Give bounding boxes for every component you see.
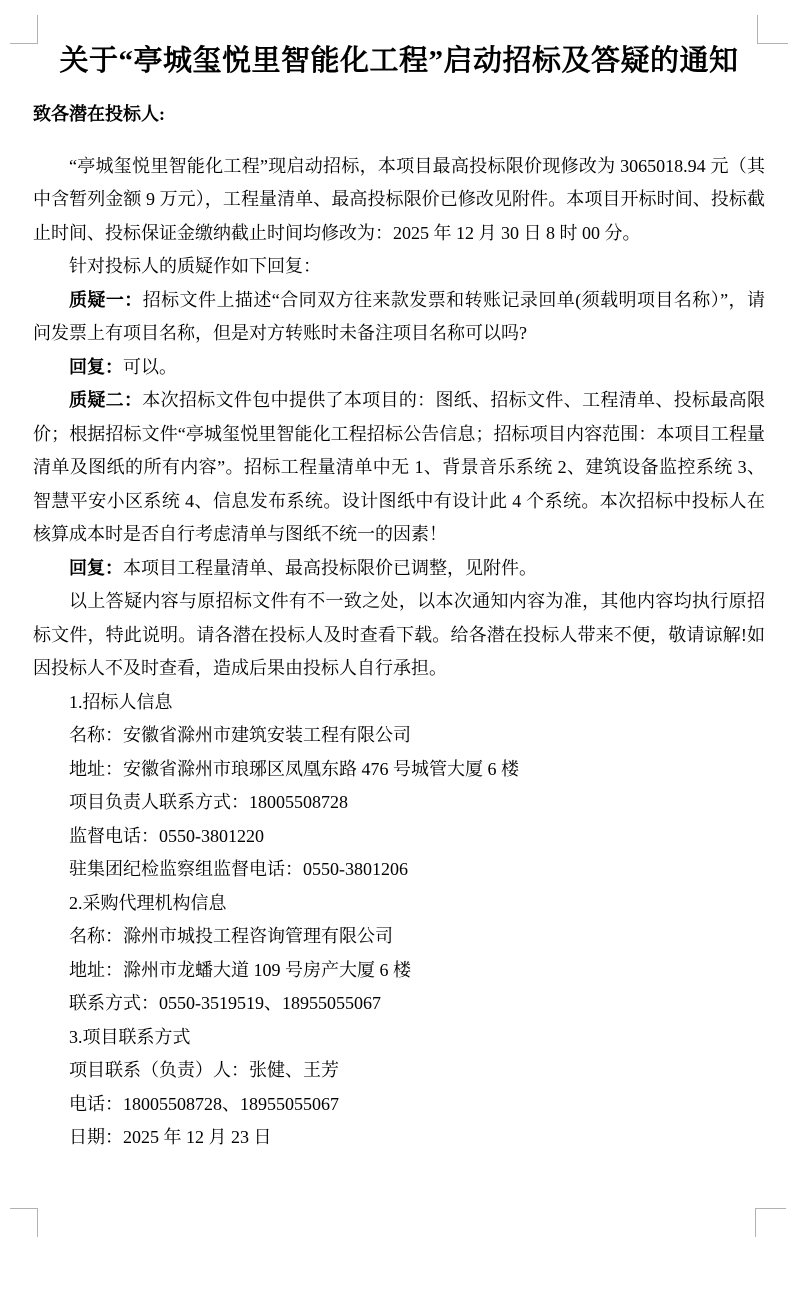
paragraph-text: 地址：滁州市龙蟠大道 109 号房产大厦 6 楼 <box>69 960 411 980</box>
paragraph-lead: 回复： <box>69 357 123 377</box>
paragraph-lead: 质疑一： <box>69 290 143 310</box>
paragraph-text: 可以。 <box>123 357 177 377</box>
paragraph-text: 招标文件上描述“合同双方往来款发票和转账记录回单(须载明项目名称）”，请问发票上… <box>33 290 765 344</box>
paragraph-text: 本项目工程量清单、最高投标限价已调整，见附件。 <box>123 558 537 578</box>
paragraph-text: 针对投标人的质疑作如下回复： <box>69 256 321 276</box>
page-margin-mark-bottom-left <box>10 1208 38 1237</box>
paragraph: 项目负责人联系方式：18005508728 <box>33 786 765 820</box>
salutation: 致各潜在投标人: <box>33 98 765 132</box>
paragraph: 1.招标人信息 <box>33 686 765 720</box>
paragraph: 电话：18005508728、18955055067 <box>33 1088 765 1122</box>
document-title: 关于“亭城玺悦里智能化工程”启动招标及答疑的通知 <box>33 38 765 84</box>
paragraph-text: 以上答疑内容与原招标文件有不一致之处，以本次通知内容为准，其他内容均执行原招标文… <box>33 591 765 678</box>
paragraph-lead: 质疑二： <box>69 390 142 410</box>
paragraph-text: 驻集团纪检监察组监督电话：0550-3801206 <box>69 859 408 879</box>
paragraph-text: 3.项目联系方式 <box>69 1027 191 1047</box>
document-body: “亭城玺悦里智能化工程”现启动招标，本项目最高投标限价现修改为 3065018.… <box>33 150 765 1155</box>
paragraph: 监督电话：0550-3801220 <box>33 820 765 854</box>
paragraph-text: 项目负责人联系方式：18005508728 <box>69 792 348 812</box>
paragraph: 地址：滁州市龙蟠大道 109 号房产大厦 6 楼 <box>33 954 765 988</box>
paragraph: 3.项目联系方式 <box>33 1021 765 1055</box>
paragraph-text: 名称：滁州市城投工程咨询管理有限公司 <box>69 926 393 946</box>
paragraph-text: 本次招标文件包中提供了本项目的：图纸、招标文件、工程清单、投标最高限价；根据招标… <box>33 390 765 544</box>
paragraph: 联系方式：0550-3519519、18955055067 <box>33 987 765 1021</box>
paragraph: 以上答疑内容与原招标文件有不一致之处，以本次通知内容为准，其他内容均执行原招标文… <box>33 585 765 686</box>
document-page: 关于“亭城玺悦里智能化工程”启动招标及答疑的通知 致各潜在投标人: “亭城玺悦里… <box>33 0 765 1155</box>
paragraph-text: “亭城玺悦里智能化工程”现启动招标，本项目最高投标限价现修改为 3065018.… <box>33 156 765 243</box>
paragraph-text: 日期：2025 年 12 月 23 日 <box>69 1127 272 1147</box>
paragraph: 地址：安徽省滁州市琅琊区凤凰东路 476 号城管大厦 6 楼 <box>33 753 765 787</box>
paragraph: 驻集团纪检监察组监督电话：0550-3801206 <box>33 853 765 887</box>
paragraph: 回复：可以。 <box>33 351 765 385</box>
paragraph: 名称：安徽省滁州市建筑安装工程有限公司 <box>33 719 765 753</box>
paragraph-text: 监督电话：0550-3801220 <box>69 826 264 846</box>
paragraph-text: 名称：安徽省滁州市建筑安装工程有限公司 <box>69 725 411 745</box>
paragraph: 质疑一：招标文件上描述“合同双方往来款发票和转账记录回单(须载明项目名称）”，请… <box>33 284 765 351</box>
paragraph: 项目联系（负责）人：张健、王芳 <box>33 1054 765 1088</box>
paragraph: 2.采购代理机构信息 <box>33 887 765 921</box>
paragraph: 针对投标人的质疑作如下回复： <box>33 250 765 284</box>
paragraph: 回复：本项目工程量清单、最高投标限价已调整，见附件。 <box>33 552 765 586</box>
paragraph: 名称：滁州市城投工程咨询管理有限公司 <box>33 920 765 954</box>
paragraph-text: 项目联系（负责）人：张健、王芳 <box>69 1060 339 1080</box>
paragraph: “亭城玺悦里智能化工程”现启动招标，本项目最高投标限价现修改为 3065018.… <box>33 150 765 251</box>
page-margin-mark-bottom-right <box>755 1208 786 1237</box>
paragraph: 日期：2025 年 12 月 23 日 <box>33 1121 765 1155</box>
paragraph: 质疑二：本次招标文件包中提供了本项目的：图纸、招标文件、工程清单、投标最高限价；… <box>33 384 765 552</box>
paragraph-text: 电话：18005508728、18955055067 <box>69 1094 339 1114</box>
paragraph-lead: 回复： <box>69 558 123 578</box>
paragraph-text: 联系方式：0550-3519519、18955055067 <box>69 993 381 1013</box>
paragraph-text: 地址：安徽省滁州市琅琊区凤凰东路 476 号城管大厦 6 楼 <box>69 759 519 779</box>
paragraph-text: 1.招标人信息 <box>69 692 173 712</box>
paragraph-text: 2.采购代理机构信息 <box>69 893 227 913</box>
